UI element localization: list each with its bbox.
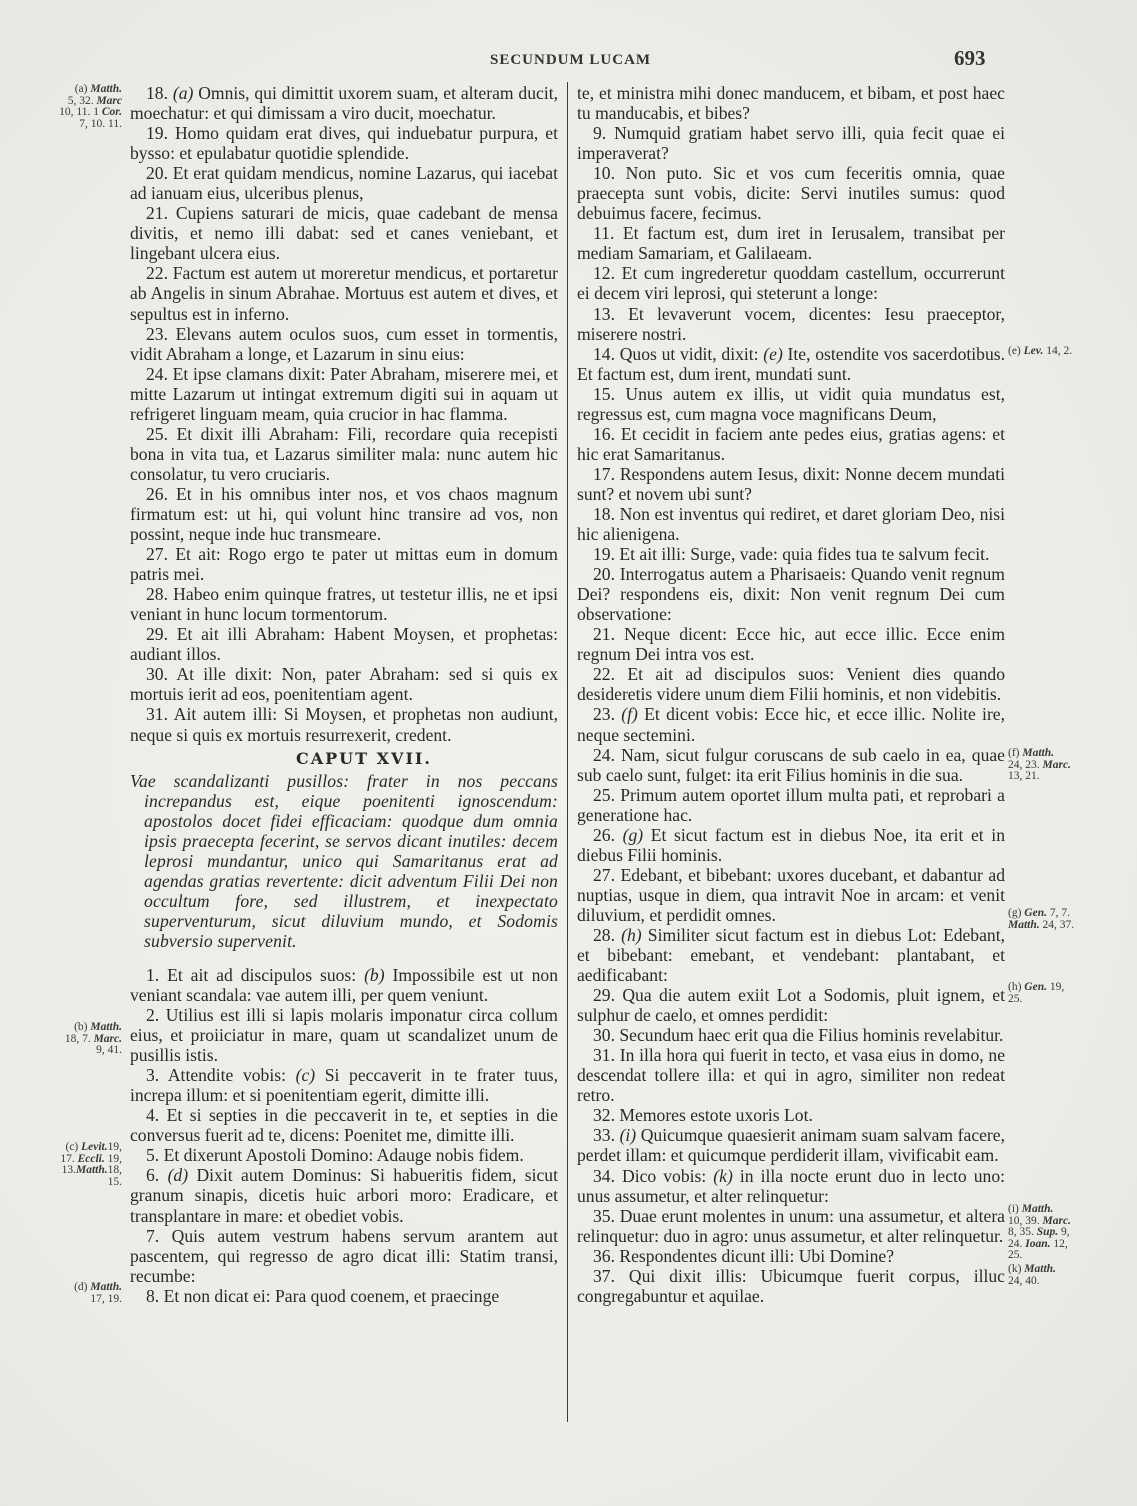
chapter-summary: Vae scandalizanti pusillos: frater in no… (130, 771, 558, 951)
verse: 30. At ille dixit: Non, pater Abraham: s… (130, 664, 558, 704)
chapter-heading: CAPUT XVII. (170, 750, 558, 768)
verse: 29. Qua die autem exiit Lot a Sodomis, p… (577, 985, 1005, 1025)
verse: 29. Et ait illi Abraham: Habent Moysen, … (130, 624, 558, 664)
left-column: 18. (a) Omnis, qui dimittit uxorem suam,… (130, 83, 558, 1306)
verses-luke-17-cont: te, et ministra mihi donec manducem, et … (577, 83, 1005, 1306)
verse: 20. Interrogatus autem a Pharisaeis: Qua… (577, 564, 1005, 624)
verse: 18. (a) Omnis, qui dimittit uxorem suam,… (130, 83, 558, 123)
verse: 3. Attendite vobis: (c) Si peccaverit in… (130, 1065, 558, 1105)
margin-note-a: (a) Matth.5, 32. Marc10, 11. 1 Cor.7, 10… (28, 84, 122, 130)
verse: 37. Qui dixit illis: Ubicumque fuerit co… (577, 1266, 1005, 1306)
verse: 5. Et dixerunt Apostoli Domino: Adauge n… (130, 1145, 558, 1165)
verse: 25. Et dixit illi Abraham: Fili, recorda… (130, 424, 558, 484)
verse: 16. Et cecidit in faciem ante pedes eius… (577, 424, 1005, 464)
verse: 11. Et factum est, dum iret in Ierusalem… (577, 223, 1005, 263)
margin-note-g: (g) Gen. 7, 7.Matth. 24, 37. (1008, 908, 1108, 931)
verse: 23. (f) Et dicent vobis: Ecce hic, et ec… (577, 704, 1005, 744)
page-number: 693 (954, 46, 986, 71)
verse: 15. Unus autem ex illis, ut vidit quia m… (577, 384, 1005, 424)
verse: 2. Utilius est illi si lapis molaris imp… (130, 1005, 558, 1065)
verse: 22. Et ait ad discipulos suos: Venient d… (577, 664, 1005, 704)
running-title: SECUNDUM LUCAM (490, 52, 651, 69)
verse: 31. In illa hora qui fuerit in tecto, et… (577, 1045, 1005, 1105)
verse: 27. Edebant, et bibebant: uxores duceban… (577, 865, 1005, 925)
verse: 8. Et non dicat ei: Para quod coenem, et… (130, 1286, 558, 1306)
verse: 10. Non puto. Sic et vos cum feceritis o… (577, 163, 1005, 223)
verse: 23. Elevans autem oculos suos, cum esset… (130, 324, 558, 364)
margin-note-d: (d) Matth.17, 19. (28, 1282, 122, 1305)
verse: 4. Et si septies in die peccaverit in te… (130, 1105, 558, 1145)
verse: 12. Et cum ingrederetur quoddam castellu… (577, 263, 1005, 303)
verse: 24. Et ipse clamans dixit: Pater Abraham… (130, 364, 558, 424)
column-divider (567, 82, 568, 1422)
verse: 26. Et in his omnibus inter nos, et vos … (130, 484, 558, 544)
verse: 27. Et ait: Rogo ergo te pater ut mittas… (130, 544, 558, 584)
margin-note-i: (i) Matth.10, 39. Marc.8, 35. Sup. 9,24.… (1008, 1204, 1108, 1262)
verses-luke-16: 18. (a) Omnis, qui dimittit uxorem suam,… (130, 83, 558, 745)
verse: 31. Ait autem illi: Si Moysen, et prophe… (130, 704, 558, 744)
margin-note-b: (b) Matth.18, 7. Marc.9, 41. (28, 1022, 122, 1057)
verse: 21. Neque dicent: Ecce hic, aut ecce ill… (577, 624, 1005, 664)
verse: 33. (i) Quicumque quaesierit animam suam… (577, 1125, 1005, 1165)
verse: 19. Homo quidam erat dives, qui induebat… (130, 123, 558, 163)
verse: 21. Cupiens saturari de micis, quae cade… (130, 203, 558, 263)
verse: 30. Secundum haec erit qua die Filius ho… (577, 1025, 1005, 1045)
verse: te, et ministra mihi donec manducem, et … (577, 83, 1005, 123)
verse: 35. Duae erunt molentes in unum: una ass… (577, 1206, 1005, 1246)
verse: 25. Primum autem oportet illum multa pat… (577, 785, 1005, 825)
margin-note-k: (k) Matth.24, 40. (1008, 1264, 1108, 1287)
verse: 6. (d) Dixit autem Dominus: Si habueriti… (130, 1165, 558, 1225)
verse: 7. Quis autem vestrum habens servum aran… (130, 1226, 558, 1286)
verse: 1. Et ait ad discipulos suos: (b) Imposs… (130, 965, 558, 1005)
margin-note-h: (h) Gen. 19,25. (1008, 982, 1108, 1005)
verse: 28. Habeo enim quinque fratres, ut teste… (130, 584, 558, 624)
verse: 17. Respondens autem Iesus, dixit: Nonne… (577, 464, 1005, 504)
verses-luke-17-start: 1. Et ait ad discipulos suos: (b) Imposs… (130, 965, 558, 1306)
verse: 36. Respondentes dicunt illi: Ubi Domine… (577, 1246, 1005, 1266)
verse: 28. (h) Similiter sicut factum est in di… (577, 925, 1005, 985)
verse: 9. Numquid gratiam habet servo illi, qui… (577, 123, 1005, 163)
verse: 32. Memores estote uxoris Lot. (577, 1105, 1005, 1125)
right-column: te, et ministra mihi donec manducem, et … (577, 83, 1005, 1306)
verse: 19. Et ait illi: Surge, vade: quia fides… (577, 544, 1005, 564)
book-page: SECUNDUM LUCAM 693 18. (a) Omnis, qui di… (0, 0, 1137, 1506)
running-head: SECUNDUM LUCAM 693 (0, 48, 1137, 72)
margin-note-f: (f) Matth.24, 23. Marc.13, 21. (1008, 748, 1108, 783)
margin-note-c: (c) Levit.19,17. Eccli. 19,13.Matth.18,1… (28, 1142, 122, 1188)
verse: 20. Et erat quidam mendicus, nomine Laza… (130, 163, 558, 203)
verse: 13. Et levaverunt vocem, dicentes: Iesu … (577, 304, 1005, 344)
verse: 22. Factum est autem ut moreretur mendic… (130, 263, 558, 323)
verse: 14. Quos ut vidit, dixit: (e) Ite, osten… (577, 344, 1005, 384)
verse: 18. Non est inventus qui rediret, et dar… (577, 504, 1005, 544)
margin-note-e: (e) Lev. 14, 2. (1008, 346, 1108, 358)
verse: 26. (g) Et sicut factum est in diebus No… (577, 825, 1005, 865)
verse: 24. Nam, sicut fulgur coruscans de sub c… (577, 745, 1005, 785)
verse: 34. Dico vobis: (k) in illa nocte erunt … (577, 1166, 1005, 1206)
